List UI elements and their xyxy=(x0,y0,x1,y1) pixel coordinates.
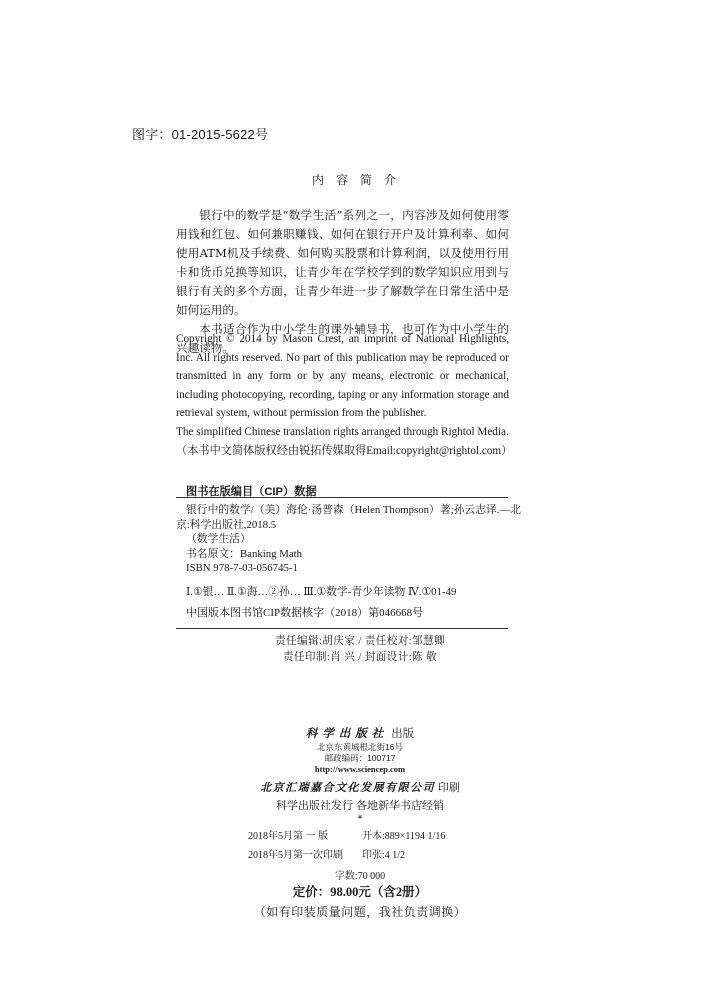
divider xyxy=(176,628,508,629)
book-format: 开本:889×1194 1/16 xyxy=(362,827,445,846)
publisher-name: 科学出版社 xyxy=(306,728,389,740)
publisher-url: http://www.sciencep.com xyxy=(0,764,720,775)
price: 定价：98.00元（含2册） xyxy=(0,882,720,900)
staff-line: 责任编辑:胡庆家 / 责任校对:邹慧卿 xyxy=(0,634,720,650)
printer-name: 北京汇瑞嘉合文化发展有限公司 xyxy=(260,782,435,794)
cip-entry-cont: 京:科学出版社,2018.5 xyxy=(176,518,509,533)
license-number: 图字：01-2015-5622号 xyxy=(132,124,268,143)
translation-rights-chinese: （本书中文简体版权经由锐拓传媒取得Email:copyright@rightol… xyxy=(176,442,509,461)
staff-credits: 责任编辑:胡庆家 / 责任校对:邹慧卿 责任印制:肖 兴 / 封面设计:陈 敬 xyxy=(0,634,720,666)
distribution: 科学出版社发行 各地新华书店经销 xyxy=(0,797,720,815)
copyright-english: Copyright © 2014 by Mason Crest, an impr… xyxy=(176,330,509,423)
copyright-block: Copyright © 2014 by Mason Crest, an impr… xyxy=(176,330,509,460)
print-date: 2018年5月第一次印刷 xyxy=(248,846,362,865)
edition-date: 2018年5月第 一 版 xyxy=(248,827,362,846)
cip-classification: Ⅰ.①银… Ⅱ.①海…②孙… Ⅲ.①数学-青少年读物 Ⅳ.①01-49 xyxy=(186,584,456,599)
divider xyxy=(176,497,508,498)
print-sheets: 印张:4 1/2 xyxy=(362,846,405,865)
cip-check-number: 中国版本图书馆CIP数据核字（2018）第046668号 xyxy=(186,604,423,620)
word-count: 字数:70 000 xyxy=(0,867,720,882)
cip-entry: 银行中的数学/（美）海伦·汤普森（Helen Thompson）著;孙云志译.—… xyxy=(176,503,509,518)
intro-paragraph: 银行中的数学是“数学生活”系列之一，内容涉及如何使用零用钱和红包、如何兼职赚钱、… xyxy=(176,206,509,320)
separator-star: * xyxy=(0,814,720,825)
publisher-role: 出版 xyxy=(391,728,414,740)
quality-notice: （如有印装质量问题，我社负责调换） xyxy=(0,903,720,920)
printer-role: 印刷 xyxy=(438,782,460,794)
publisher-postcode: 邮政编码：100717 xyxy=(0,753,720,764)
cip-series: （数学生活） xyxy=(176,532,509,547)
cip-record: 银行中的数学/（美）海伦·汤普森（Helen Thompson）著;孙云志译.—… xyxy=(176,503,509,576)
translation-rights: The simplified Chinese translation right… xyxy=(176,423,509,442)
publisher-address: 北京东黄城根北街16号 xyxy=(0,742,720,753)
intro-title: 内容简介 xyxy=(0,171,720,188)
staff-line: 责任印制:肖 兴 / 封面设计:陈 敬 xyxy=(0,650,720,666)
cip-original-title: 书名原文：Banking Math xyxy=(176,547,509,562)
cip-isbn: ISBN 978-7-03-056745-1 xyxy=(176,561,509,576)
publisher-block: 科学出版社 出版 北京东黄城根北街16号 邮政编码：100717 http://… xyxy=(0,726,720,815)
edition-info: 2018年5月第 一 版 开本:889×1194 1/16 2018年5月第一次… xyxy=(248,827,488,865)
